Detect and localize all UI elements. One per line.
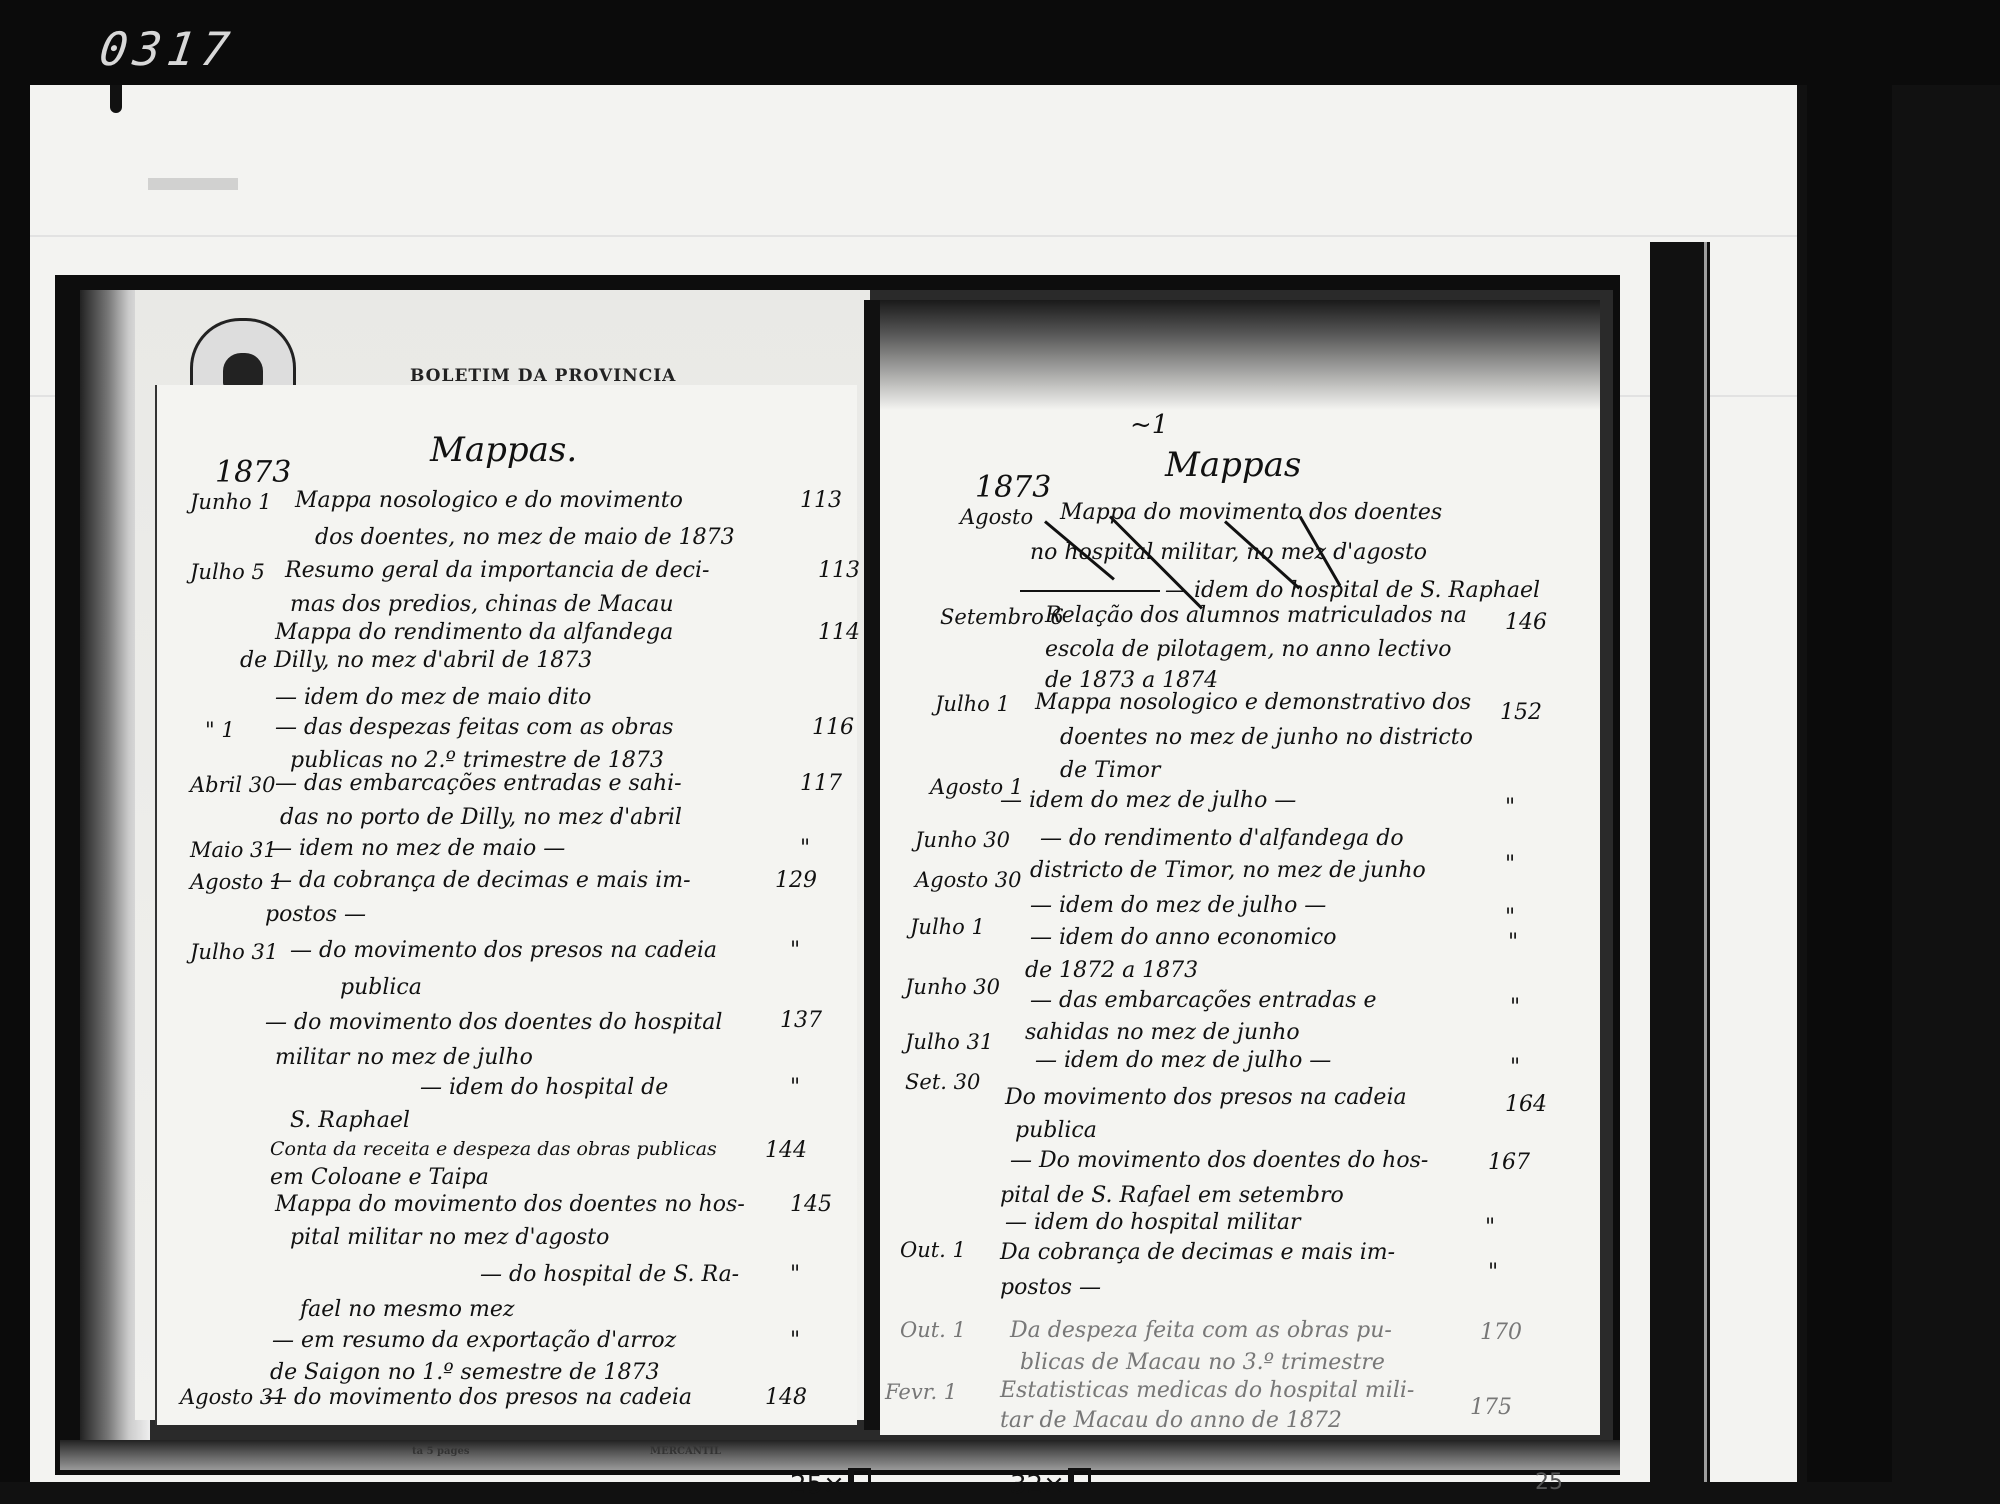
entry-date: " 1 xyxy=(205,718,235,742)
film-frame-number: 0317 xyxy=(96,22,238,76)
entry-line: Estatisticas medicas do hospital mili- xyxy=(1000,1378,1414,1403)
entry-page-number: " xyxy=(790,938,800,963)
entry-line: pital militar no mez d'agosto xyxy=(290,1225,609,1250)
entry-page-number: 113 xyxy=(818,558,860,583)
entry-page-number: " xyxy=(1485,1215,1495,1240)
entry-date: Agosto 30 xyxy=(915,868,1022,892)
entry-page-number: " xyxy=(800,836,810,861)
entry-date: Julho 31 xyxy=(190,940,278,964)
footer-print-right: MERCANTIL xyxy=(650,1446,721,1457)
entry-page-number: " xyxy=(1505,905,1515,930)
entry-date: Agosto xyxy=(960,505,1033,529)
entry-line: publica xyxy=(340,975,422,1000)
entry-page-number: 167 xyxy=(1488,1150,1530,1175)
entry-line: Mappa do rendimento da alfandega xyxy=(275,620,673,645)
film-scan-line xyxy=(30,235,1805,237)
film-dark-strip xyxy=(1650,242,1710,1504)
entry-page-number: 129 xyxy=(775,868,817,893)
entry-line: mas dos predios, chinas de Macau xyxy=(290,592,674,617)
entry-line: — das embarcações entradas e xyxy=(1030,988,1377,1013)
entry-line: postos — xyxy=(265,902,366,927)
entry-page-number: 144 xyxy=(765,1138,807,1163)
entry-line: — do rendimento d'alfandega do xyxy=(1040,826,1404,851)
entry-page-number: " xyxy=(1510,1055,1520,1080)
right-page-year: 1873 xyxy=(975,470,1051,505)
entry-page-number: 137 xyxy=(780,1008,822,1033)
entry-line: — idem do mez de maio dito xyxy=(275,685,591,710)
entry-line: — do hospital de S. Ra- xyxy=(480,1262,739,1287)
entry-page-number: 175 xyxy=(1470,1395,1512,1420)
entry-page-number: 170 xyxy=(1480,1320,1522,1345)
entry-page-number: " xyxy=(790,1075,800,1100)
entry-page-number: " xyxy=(1508,930,1518,955)
entry-line: Mappa nosologico e demonstrativo dos xyxy=(1035,690,1471,715)
entry-date: Abril 30 xyxy=(190,773,275,797)
entry-date: Out. 1 xyxy=(900,1318,966,1342)
entry-line: postos — xyxy=(1000,1275,1101,1300)
entry-line: publica xyxy=(1015,1118,1097,1143)
entry-line: — da cobrança de decimas e mais im- xyxy=(270,868,691,893)
entry-line: pital de S. Rafael em setembro xyxy=(1000,1183,1344,1208)
entry-date: Julho 31 xyxy=(905,1030,993,1054)
entry-date: Julho 1 xyxy=(935,692,1010,716)
entry-date: Junho 1 xyxy=(190,490,272,514)
entry-line: de Timor xyxy=(1060,758,1160,783)
entry-line: — idem do mez de julho — xyxy=(1000,788,1296,813)
entry-page-number: 145 xyxy=(790,1192,832,1217)
entry-page-number: 117 xyxy=(800,771,842,796)
book-bottom-edge xyxy=(60,1440,1620,1470)
entry-line: — idem do hospital de xyxy=(420,1075,668,1100)
entry-line: das no porto de Dilly, no mez d'abril xyxy=(280,805,682,830)
entry-line: tar de Macau do anno de 1872 xyxy=(1000,1408,1342,1433)
entry-page-number: " xyxy=(790,1262,800,1287)
left-page-heading: Mappas. xyxy=(430,430,577,470)
entry-line: de Dilly, no mez d'abril de 1873 xyxy=(240,648,592,673)
entry-line: de Saigon no 1.º semestre de 1873 xyxy=(270,1360,659,1385)
reduction-ratio-icon xyxy=(1068,1468,1091,1496)
entry-line: — Do movimento dos doentes do hos- xyxy=(1010,1148,1428,1173)
entry-line: Da despeza feita com as obras pu- xyxy=(1010,1318,1392,1343)
entry-line: — idem do mez de julho — xyxy=(1035,1048,1331,1073)
entry-line: Da cobrança de decimas e mais im- xyxy=(1000,1240,1395,1265)
entry-page-number: 116 xyxy=(812,715,854,740)
entry-line: — idem do mez de julho — xyxy=(1030,893,1326,918)
entry-line: blicas de Macau no 3.º trimestre xyxy=(1020,1350,1385,1375)
entry-line: S. Raphael xyxy=(290,1108,410,1133)
entry-line: — idem do hospital militar xyxy=(1005,1210,1301,1235)
entry-line: — do movimento dos presos na cadeia xyxy=(265,1385,692,1410)
entry-line: Do movimento dos presos na cadeia xyxy=(1005,1085,1407,1110)
entry-line: — das embarcações entradas e sahi- xyxy=(275,771,682,796)
entry-line: — das despezas feitas com as obras xyxy=(275,715,673,740)
entry-line: Mappa do movimento dos doentes no hos- xyxy=(275,1192,745,1217)
ditto-rule xyxy=(1020,590,1160,592)
entry-date: Out. 1 xyxy=(900,1238,966,1262)
entry-line: Relação dos alumnos matriculados na xyxy=(1045,603,1467,628)
entry-date: Maio 31 xyxy=(190,838,277,862)
newspaper-masthead: BOLETIM DA PROVINCIA xyxy=(410,366,676,386)
entry-page-number: " xyxy=(1505,852,1515,877)
film-strip-highlight xyxy=(1704,242,1707,1504)
entry-page-number: " xyxy=(1505,795,1515,820)
right-page-heading: Mappas xyxy=(1165,445,1301,485)
entry-line: de 1872 a 1873 xyxy=(1025,958,1198,983)
reduction-ratio-icon xyxy=(848,1468,871,1496)
entry-line: fael no mesmo mez xyxy=(300,1297,514,1322)
entry-line: escola de pilotagem, no anno lectivo xyxy=(1045,637,1451,662)
film-bottom-edge xyxy=(0,1482,2000,1504)
entry-page-number: 146 xyxy=(1505,610,1547,635)
right-page-mark: ~1 xyxy=(1130,410,1168,440)
entry-line: Mappa nosologico e do movimento xyxy=(295,488,683,513)
entry-date: Julho 5 xyxy=(190,560,265,584)
entry-line: — do movimento dos doentes do hospital xyxy=(265,1010,722,1035)
entry-page-number: 152 xyxy=(1500,700,1542,725)
reduction-ratio-label: 32× xyxy=(1010,1468,1091,1500)
film-registration-mark xyxy=(110,85,122,113)
entry-line: publicas no 2.º trimestre de 1873 xyxy=(290,748,664,773)
film-right-edge xyxy=(1892,85,2000,1504)
entry-line: — do movimento dos presos na cadeia xyxy=(290,938,717,963)
left-page-year: 1873 xyxy=(215,455,291,490)
entry-line: doentes no mez de junho no districto xyxy=(1060,725,1473,750)
entry-line: militar no mez de julho xyxy=(275,1045,533,1070)
entry-date: Fevr. 1 xyxy=(885,1380,957,1404)
entry-page-number: 114 xyxy=(818,620,860,645)
footer-print-left: ta 5 pages xyxy=(412,1446,469,1457)
entry-page-number: " xyxy=(790,1328,800,1353)
entry-page-number: " xyxy=(1488,1260,1498,1285)
entry-line: dos doentes, no mez de maio de 1873 xyxy=(315,525,735,550)
entry-date: Julho 1 xyxy=(910,915,985,939)
entry-line: — idem do hospital de S. Raphael xyxy=(1165,578,1540,603)
entry-line: Conta da receita e despeza das obras pub… xyxy=(270,1138,717,1160)
entry-date: Junho 30 xyxy=(915,828,1010,852)
entry-page-number: 148 xyxy=(765,1385,807,1410)
entry-line: — em resumo da exportação d'arroz xyxy=(272,1328,676,1353)
entry-page-number: " xyxy=(1510,995,1520,1020)
faded-ghost-text xyxy=(148,178,238,190)
entry-date: Junho 30 xyxy=(905,975,1000,999)
entry-page-number: 164 xyxy=(1505,1092,1547,1117)
entry-line: sahidas no mez de junho xyxy=(1025,1020,1300,1045)
page-top-shadow xyxy=(880,300,1600,410)
reduction-ratio-label: 25× xyxy=(790,1468,871,1500)
entry-line: Resumo geral da importancia de deci- xyxy=(285,558,709,583)
reduction-ratio-label: 25 xyxy=(1535,1470,1563,1495)
entry-page-number: 113 xyxy=(800,488,842,513)
entry-line: — idem no mez de maio — xyxy=(270,836,565,861)
film-divider-bar xyxy=(1797,85,1807,1504)
entry-line: — idem do anno economico xyxy=(1030,925,1336,950)
entry-date: Set. 30 xyxy=(905,1070,980,1094)
entry-line: em Coloane e Taipa xyxy=(270,1165,489,1190)
entry-line: districto de Timor, no mez de junho xyxy=(1030,858,1426,883)
